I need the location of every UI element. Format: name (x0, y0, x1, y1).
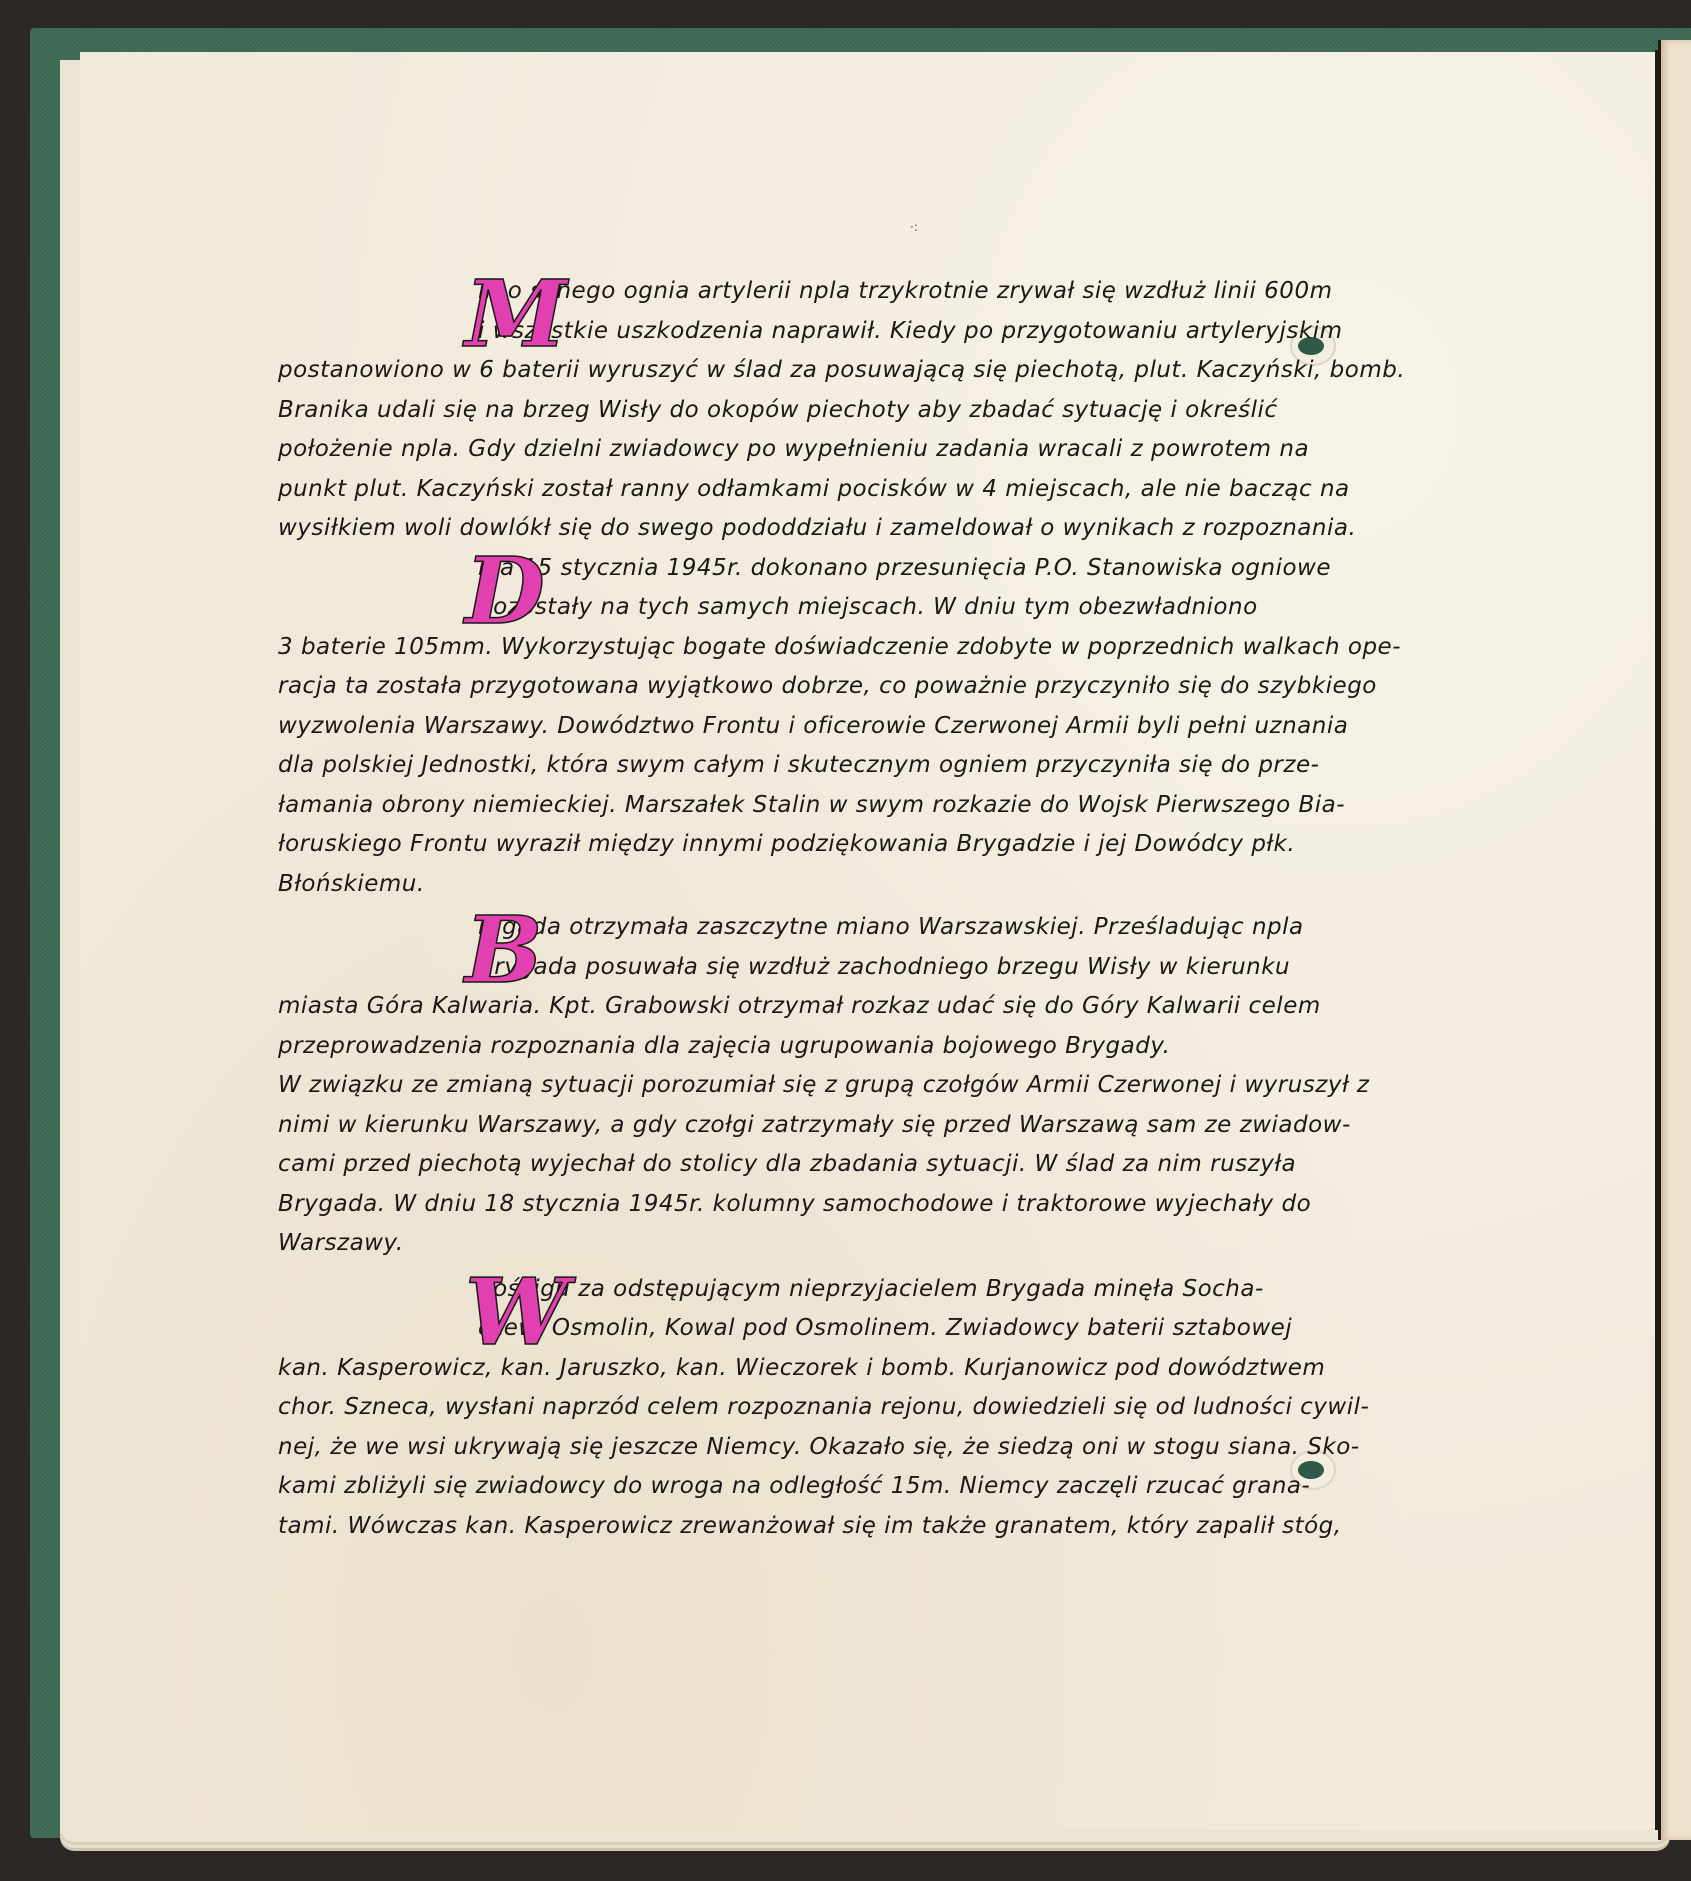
text-line: imo silnego ognia artylerii npla trzykro… (278, 272, 1458, 312)
text-line: wyzwolenia Warszawy. Dowództwo Frontu i … (278, 707, 1458, 747)
text-line: kami zbliżyli się zwiadowcy do wroga na … (278, 1467, 1458, 1507)
illuminated-initial-d: D (465, 545, 545, 637)
text-line: cami przed piechotą wyjechał do stolicy … (278, 1145, 1458, 1185)
text-line: nimi w kierunku Warszawy, a gdy czołgi z… (278, 1106, 1458, 1146)
text-line: 3 baterie 105mm. Wykorzystując bogate do… (278, 628, 1458, 668)
text-line: położenie npla. Gdy dzielni zwiadowcy po… (278, 430, 1458, 470)
text-line: W związku ze zmianą sytuacji porozumiał … (278, 1066, 1458, 1106)
text-line: dla polskiej Jednostki, która swym całym… (278, 746, 1458, 786)
text-line: Brygada. W dniu 18 stycznia 1945r. kolum… (278, 1185, 1458, 1225)
binding-gutter (1655, 50, 1659, 1830)
text-line: łamania obrony niemieckiej. Marszałek St… (278, 786, 1458, 826)
text-line: postanowiono w 6 baterii wyruszyć w ślad… (278, 351, 1458, 391)
text-line: nia 15 stycznia 1945r. dokonano przesuni… (278, 549, 1458, 589)
text-line: racja ta została przygotowana wyjątkowo … (278, 667, 1458, 707)
text-line: czew, Osmolin, Kowal pod Osmolinem. Zwia… (278, 1309, 1458, 1349)
text-line: i wszystkie uszkodzenia naprawił. Kiedy … (278, 312, 1458, 352)
paragraph-4: W związku ze zmianą sytuacji porozumiał … (278, 1066, 1458, 1264)
handwritten-text: M imo silnego ognia artylerii npla trzyk… (278, 272, 1458, 1546)
text-line: Błońskiemu. (278, 865, 1458, 905)
text-line: tami. Wówczas kan. Kasperowicz zrewanżow… (278, 1507, 1458, 1547)
text-line: nej, że we wsi ukrywają się jeszcze Niem… (278, 1428, 1458, 1468)
illuminated-initial-b: B (465, 904, 543, 996)
text-line: Warszawy. (278, 1224, 1458, 1264)
illuminated-initial-w: W (465, 1266, 569, 1358)
text-line: kan. Kasperowicz, kan. Jaruszko, kan. Wi… (278, 1349, 1458, 1389)
paragraph-1: M imo silnego ognia artylerii npla trzyk… (278, 272, 1458, 549)
illuminated-initial-m: M (465, 268, 567, 360)
paragraph-3: B rygada otrzymała zaszczytne miano Wars… (278, 908, 1458, 1066)
text-line: miasta Góra Kalwaria. Kpt. Grabowski otr… (278, 987, 1458, 1027)
text-line: pozostały na tych samych miejscach. W dn… (278, 588, 1458, 628)
text-line: chor. Szneca, wysłani naprzód celem rozp… (278, 1388, 1458, 1428)
text-line: przeprowadzenia rozpoznania dla zajęcia … (278, 1027, 1458, 1067)
text-line: Branika udali się na brzeg Wisły do okop… (278, 391, 1458, 431)
text-line: wysiłkiem woli dowlókł się do swego podo… (278, 509, 1458, 549)
text-line: łoruskiego Frontu wyraził między innymi … (278, 825, 1458, 865)
text-line: pościgu za odstępującym nieprzyjacielem … (278, 1270, 1458, 1310)
paragraph-5: W pościgu za odstępującym nieprzyjaciele… (278, 1270, 1458, 1547)
next-page-edge (1658, 40, 1691, 1840)
text-line: Brygada posuwała się wzdłuż zachodniego … (278, 948, 1458, 988)
ink-speck: ·: (910, 220, 918, 234)
text-line: rygada otrzymała zaszczytne miano Warsza… (278, 908, 1458, 948)
paragraph-2: D nia 15 stycznia 1945r. dokonano przesu… (278, 549, 1458, 905)
text-line: punkt plut. Kaczyński został ranny odłam… (278, 470, 1458, 510)
